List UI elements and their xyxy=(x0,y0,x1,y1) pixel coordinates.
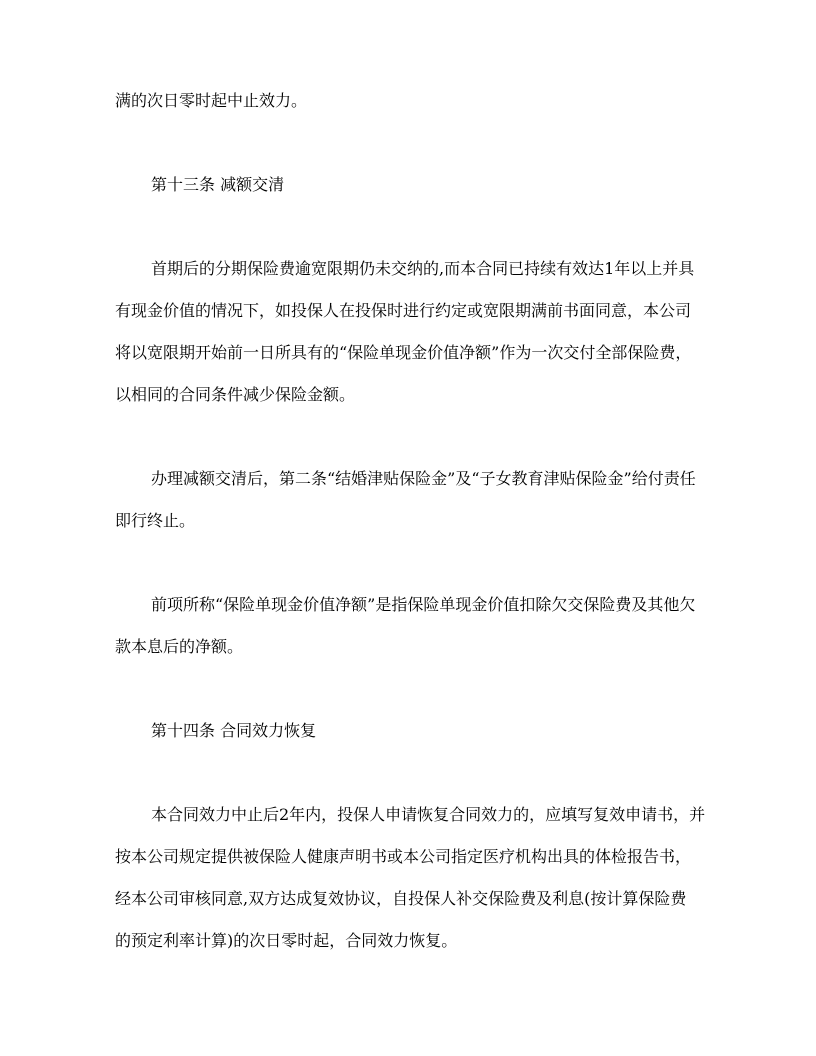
text-line: 有现金价值的情况下，如投保人在投保时进行约定或宽限期满前书面同意，本公司 xyxy=(115,290,704,332)
section-heading: 第十三条 减额交清 xyxy=(115,164,704,206)
article-14-heading: 第十四条 合同效力恢复 xyxy=(115,710,704,752)
text-line: 将以宽限期开始前一日所具有的“保险单现金价值净额”作为一次交付全部保险费， xyxy=(115,332,704,374)
text-line: 满的次日零时起中止效力。 xyxy=(115,80,704,122)
text-line: 前项所称“保险单现金价值净额”是指保险单现金价值扣除欠交保险费及其他欠 xyxy=(115,584,704,626)
text-line: 经本公司审核同意,双方达成复效协议，自投保人补交保险费及利息(按计算保险费 xyxy=(115,878,704,920)
text-line: 的预定利率计算)的次日零时起，合同效力恢复。 xyxy=(115,920,704,962)
article-14-paragraph-1: 本合同效力中止后2年内，投保人申请恢复合同效力的，应填写复效申请书，并 按本公司… xyxy=(115,794,704,962)
text-line: 即行终止。 xyxy=(115,500,704,542)
article-13-paragraph-2: 办理减额交清后，第二条“结婚津贴保险金”及“子女教育津贴保险金”给付责任 即行终… xyxy=(115,458,704,542)
text-line: 款本息后的净额。 xyxy=(115,626,704,668)
text-line: 本合同效力中止后2年内，投保人申请恢复合同效力的，应填写复效申请书，并 xyxy=(115,794,704,836)
paragraph-continuation: 满的次日零时起中止效力。 xyxy=(115,80,704,122)
document-page: 满的次日零时起中止效力。 第十三条 减额交清 首期后的分期保险费逾宽限期仍未交纳… xyxy=(0,0,816,1056)
section-heading: 第十四条 合同效力恢复 xyxy=(115,710,704,752)
text-line: 办理减额交清后，第二条“结婚津贴保险金”及“子女教育津贴保险金”给付责任 xyxy=(115,458,704,500)
article-13-heading: 第十三条 减额交清 xyxy=(115,164,704,206)
text-line: 以相同的合同条件减少保险金额。 xyxy=(115,374,704,416)
text-line: 首期后的分期保险费逾宽限期仍未交纳的,而本合同已持续有效达1年以上并具 xyxy=(115,248,704,290)
article-13-paragraph-3: 前项所称“保险单现金价值净额”是指保险单现金价值扣除欠交保险费及其他欠 款本息后… xyxy=(115,584,704,668)
article-13-paragraph-1: 首期后的分期保险费逾宽限期仍未交纳的,而本合同已持续有效达1年以上并具 有现金价… xyxy=(115,248,704,416)
text-line: 按本公司规定提供被保险人健康声明书或本公司指定医疗机构出具的体检报告书， xyxy=(115,836,704,878)
